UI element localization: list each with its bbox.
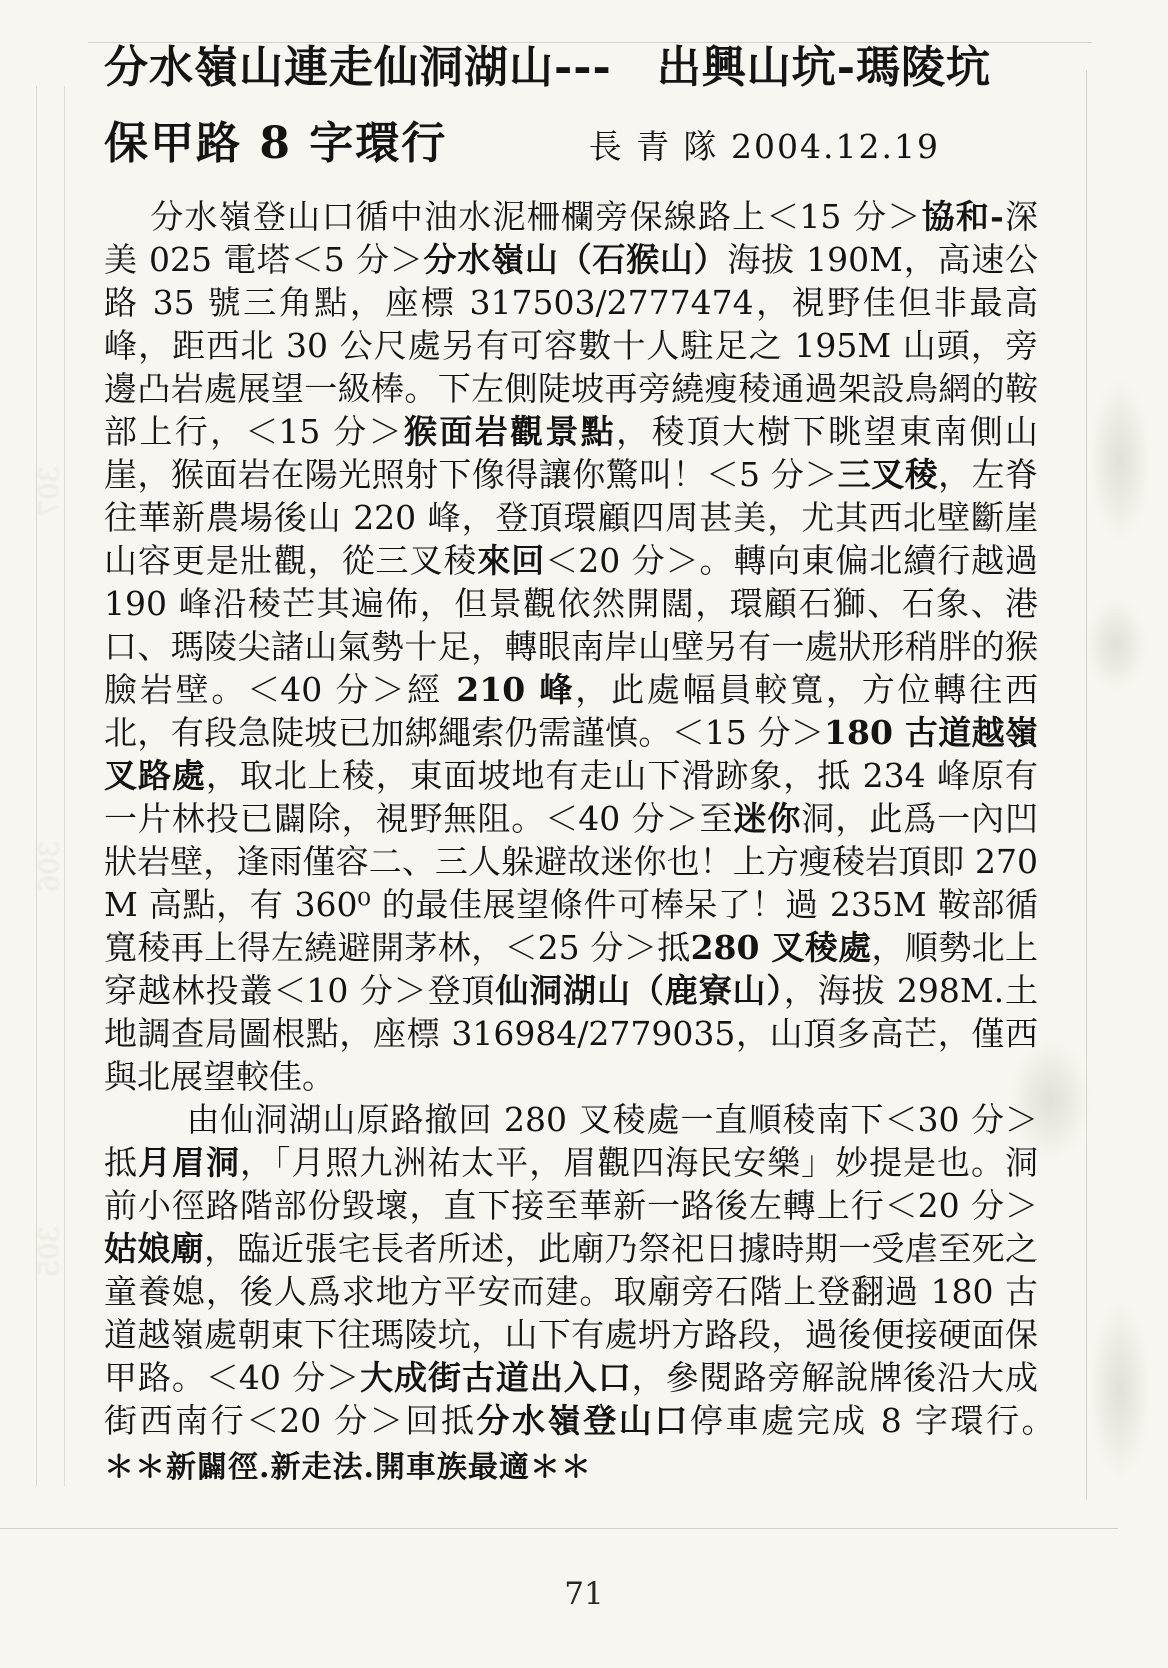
text-run: 仙洞湖山（鹿寮山） — [495, 971, 783, 1010]
text-run: 280 叉稜處 — [691, 928, 872, 967]
text-run: 迷你 — [733, 799, 801, 838]
body-text: 分水嶺登山口循中油水泥柵欄旁保線路上＜15 分＞協和-深美 025 電塔＜5 分… — [104, 195, 1038, 1489]
text-run: 分水嶺山（石猴山） — [423, 240, 728, 279]
text-run: 分水嶺登山口 — [477, 1401, 690, 1440]
text-run: 猴面岩觀景點 — [402, 412, 616, 451]
ghost-bleedthrough-number: 307 — [35, 466, 66, 506]
scan-artifact-left-line — [36, 86, 37, 1486]
text-run: 分水嶺登山口循中油水泥柵欄旁保線路上＜15 分＞ — [150, 197, 920, 236]
scan-smudge — [1090, 1300, 1150, 1480]
scanned-document-page: 307 306 305 分水嶺山連走仙洞湖山--- 出興山坑-瑪陵坑 保甲路 8… — [0, 0, 1168, 1668]
ghost-bleedthrough-number: 305 — [35, 1226, 66, 1266]
text-run: 協和- — [920, 197, 1003, 236]
paragraph-route-return: 由仙洞湖山原路撤回 280 叉稜處一直順稜南下＜30 分＞抵月眉洞，「月照九洲祐… — [104, 1098, 1038, 1489]
ghost-bleedthrough-number: 306 — [35, 841, 66, 881]
scan-smudge — [1090, 380, 1150, 540]
page-content: 分水嶺山連走仙洞湖山--- 出興山坑-瑪陵坑 保甲路 8 字環行 長 青 隊 2… — [104, 40, 1038, 1489]
text-run: 月眉洞 — [138, 1143, 240, 1182]
text-run: 210 峰 — [456, 670, 575, 709]
scan-artifact-left-line-2 — [64, 86, 65, 1486]
title-second-row: 保甲路 8 字環行 長 青 隊 2004.12.19 — [104, 107, 1038, 171]
paragraph-route-out: 分水嶺登山口循中油水泥柵欄旁保線路上＜15 分＞協和-深美 025 電塔＜5 分… — [104, 195, 1038, 1098]
page-number: 71 — [0, 1576, 1168, 1612]
text-run: ，「月照九洲祐太平，眉觀四海民安樂」妙提是也。洞前小徑路階部份毀壞，直下接至華新… — [104, 1143, 1038, 1225]
scan-smudge — [1086, 600, 1146, 690]
scan-artifact-bottom-line — [0, 1528, 1118, 1529]
team-and-date: 長 青 隊 2004.12.19 — [589, 121, 940, 168]
text-run: 大成街古道出入口 — [359, 1358, 631, 1397]
text-run: 姑娘廟 — [104, 1229, 204, 1268]
document-title-line-1: 分水嶺山連走仙洞湖山--- 出興山坑-瑪陵坑 — [104, 40, 1038, 95]
scan-artifact-right-line — [1086, 70, 1087, 1500]
text-run: 來回 — [477, 541, 545, 580]
text-run: 停車處完成 8 字環行。 — [690, 1401, 1038, 1440]
text-run: 三叉稜 — [837, 455, 938, 494]
document-title-line-2: 保甲路 8 字環行 — [104, 107, 447, 171]
